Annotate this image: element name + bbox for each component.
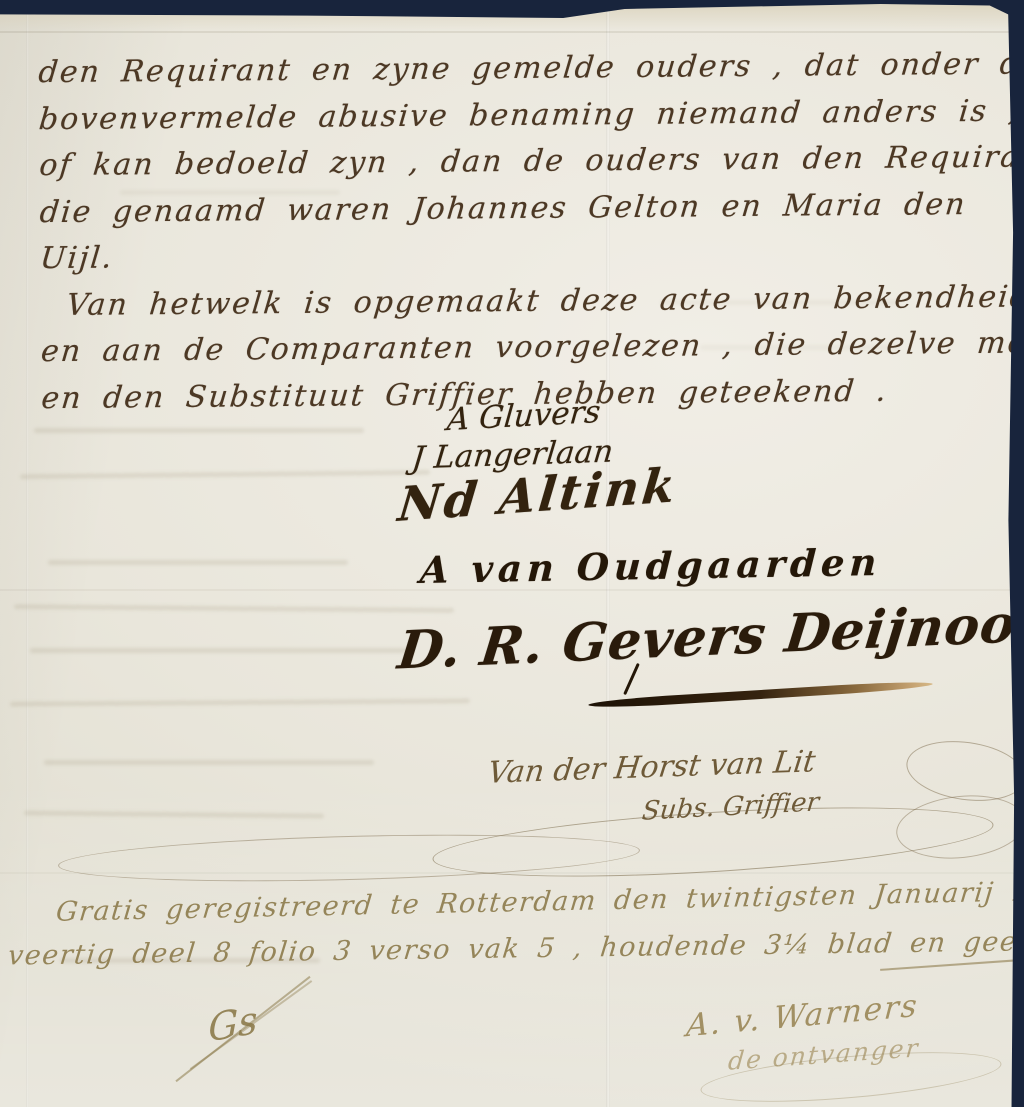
signature-underline-flourish [588, 679, 933, 709]
registration-note-line1: Gratis geregistreerd te Rotterdam den tw… [55, 875, 1024, 928]
ink-bleedthrough-mark [30, 648, 410, 653]
signature-a-van-oudgaarden: A van Oudgaarden [419, 540, 883, 592]
manuscript-body: den Requirant en zyne gemelde ouders , d… [38, 42, 991, 422]
manuscript-line: den Requirant en zyne gemelde ouders , d… [36, 42, 990, 97]
ink-bleedthrough-mark [48, 560, 348, 565]
manuscript-line: Uijl. [38, 228, 992, 283]
ink-bleedthrough-mark [44, 760, 374, 765]
pen-flourish [893, 789, 1024, 864]
ink-bleedthrough-mark [10, 698, 470, 706]
scanned-manuscript-page: { "page": { "background_color": "#18243c… [0, 0, 1024, 1107]
manuscript-line: en aan de Comparanten voorgelezen , die … [39, 321, 993, 376]
manuscript-line: bovenvermelde abusive benaming niemand a… [37, 88, 991, 143]
ink-bleedthrough-mark [24, 810, 324, 818]
registration-note-line2: veertig deel 8 folio 3 verso vak 5 , hou… [6, 923, 1024, 971]
signature-a-gluvers: A Gluvers [446, 394, 602, 438]
paper-sheet: den Requirant en zyne gemelde ouders , d… [0, 0, 1024, 1107]
manuscript-line: of kan bedoeld zyn , dan de ouders van d… [37, 135, 991, 190]
ink-bleedthrough-mark [14, 604, 454, 613]
manuscript-line: die genaamd waren Johannes Gelton en Mar… [38, 181, 992, 236]
horizontal-fold-crease [0, 31, 1024, 33]
signature-dr-gevers-deijnoot: D. R. Gevers Deijnoot. [395, 591, 1024, 681]
ink-bleedthrough-mark [34, 428, 364, 433]
pen-flourish [58, 828, 641, 887]
registration-end-dash [880, 959, 1020, 971]
manuscript-line: Van hetwelk is opgemaakt deze acte van b… [38, 274, 992, 329]
ink-bleedthrough-mark [20, 470, 430, 479]
signature-van-der-horst-van-lit: Van der Horst van Lit [486, 744, 817, 791]
